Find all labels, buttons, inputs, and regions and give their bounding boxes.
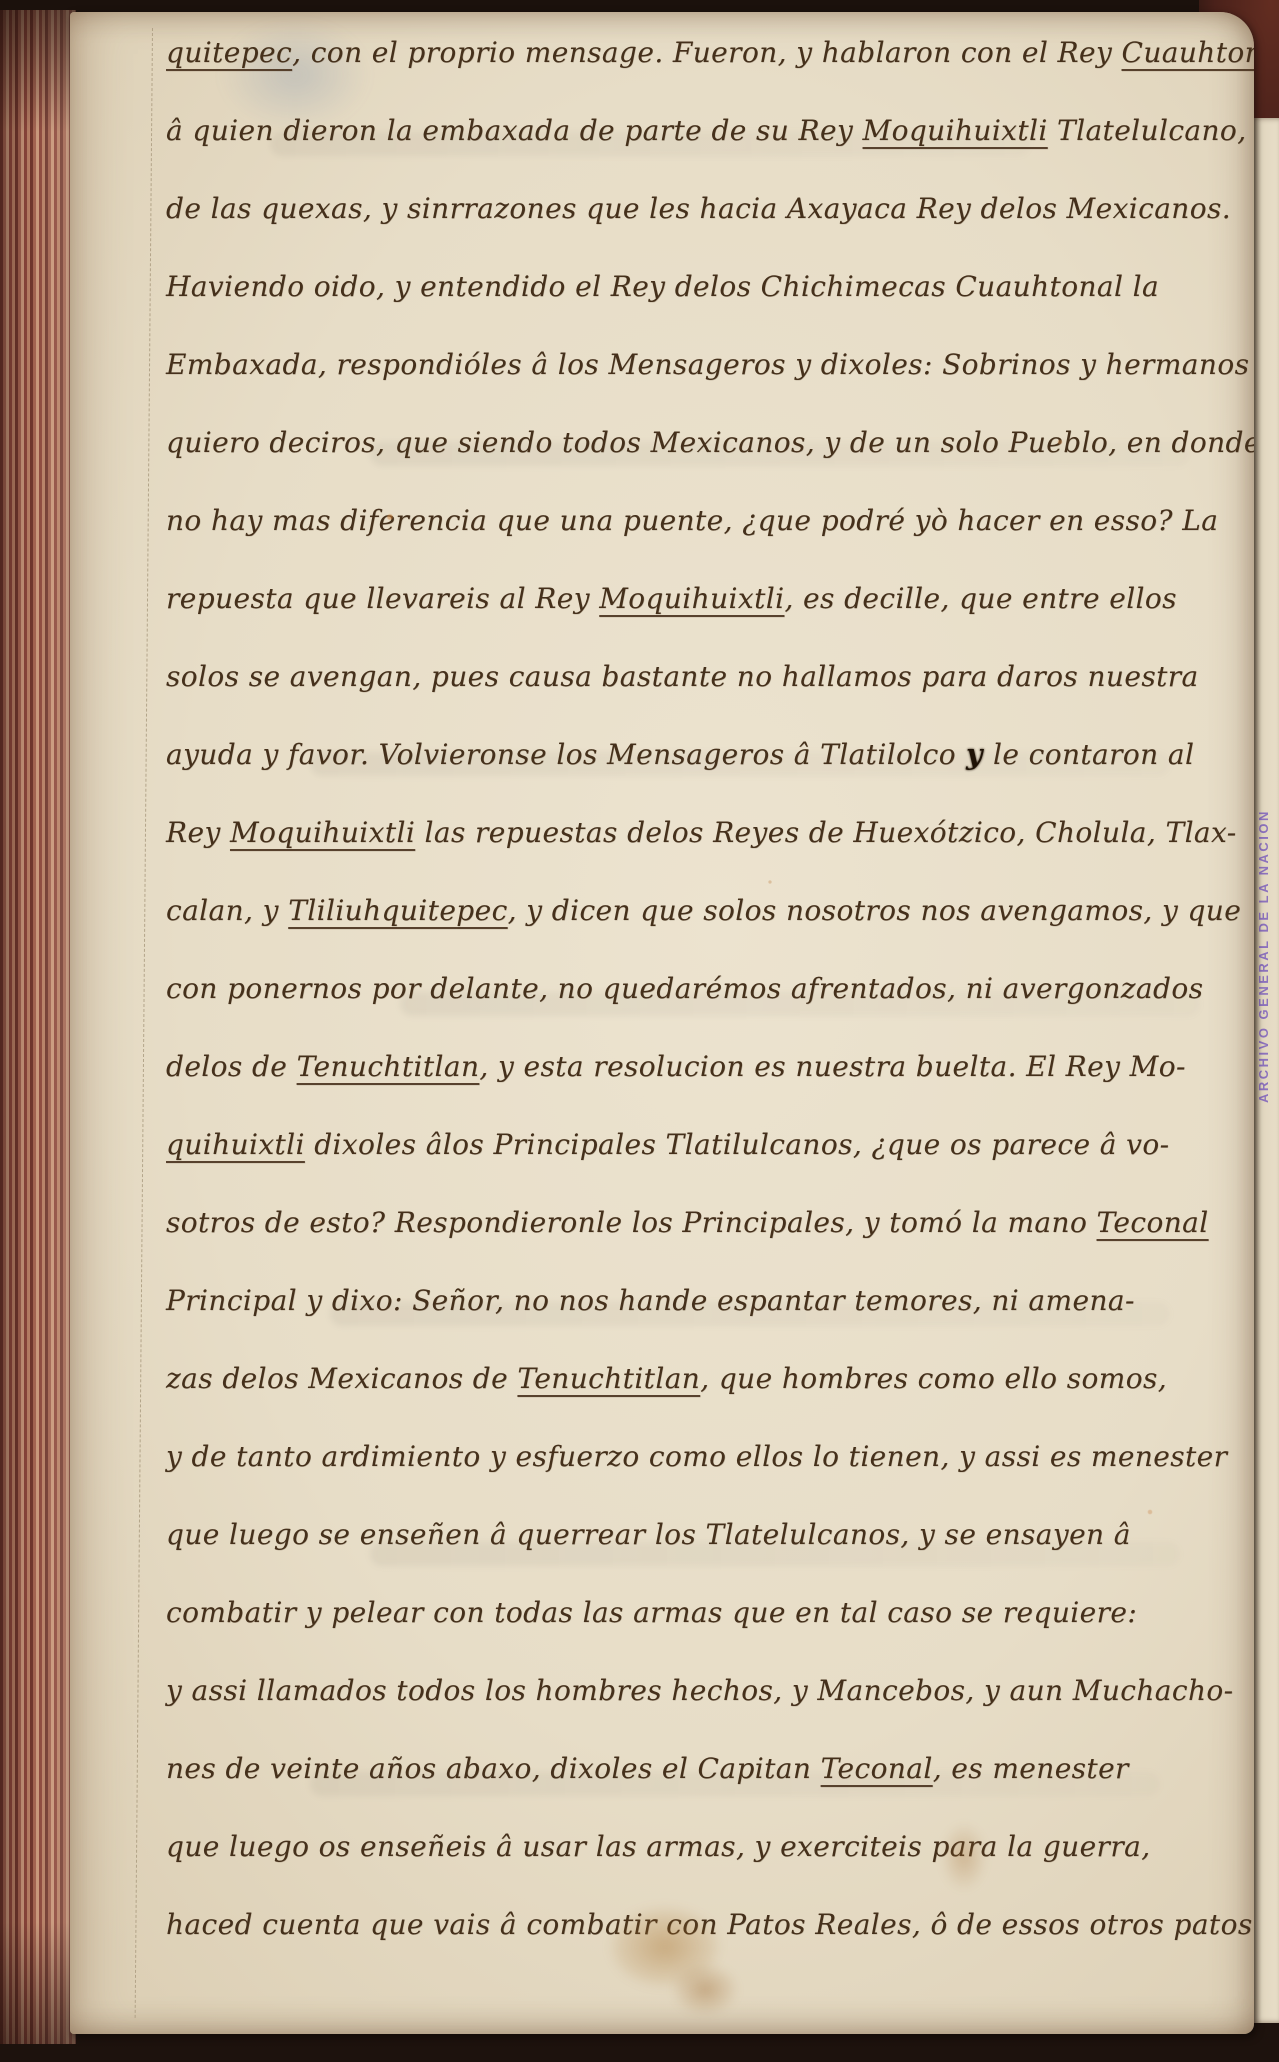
manuscript-line: Principal y dixo: Señor, no nos hande es… — [166, 1284, 1254, 1317]
manuscript-line: Haviendo oido, y entendido el Rey delos … — [166, 270, 1254, 303]
manuscript-text-segment: que luego se enseñen â querrear los Tlat… — [166, 1518, 1131, 1551]
manuscript-line: quitepec, con el proprio mensage. Fueron… — [166, 36, 1254, 69]
manuscript-text-segment: solos se avengan, pues causa bastante no… — [166, 660, 1199, 693]
manuscript-text-segment: nes de veinte años abaxo, dixoles el Cap… — [166, 1752, 821, 1785]
manuscript-text-segment: Cuauhtonaziauh — [1122, 36, 1255, 69]
manuscript-text-segment: â quien dieron la embaxada de parte de s… — [166, 114, 863, 147]
manuscript-text-segment: Haviendo oido, y entendido el Rey delos … — [166, 270, 1159, 303]
manuscript-text-segment: con ponernos por delante, no quedarémos … — [166, 972, 1203, 1005]
manuscript-line: solos se avengan, pues causa bastante no… — [166, 660, 1254, 693]
manuscript-line: con ponernos por delante, no quedarémos … — [166, 972, 1254, 1005]
manuscript-line: zas delos Mexicanos de Tenuchtitlan, que… — [166, 1362, 1254, 1395]
archive-stamp: ARCHIVO GENERAL DE LA NACION — [1256, 809, 1271, 1103]
manuscript-text-segment: Rey — [166, 816, 230, 849]
manuscript-line: repuesta que llevareis al Rey Moquihuixt… — [166, 582, 1254, 615]
manuscript-text-segment: y — [956, 738, 993, 771]
manuscript-line: nes de veinte años abaxo, dixoles el Cap… — [166, 1752, 1254, 1785]
manuscript-line: haced cuenta que vais â combatir con Pat… — [166, 1908, 1254, 1941]
underlying-page-edge: ARCHIVO GENERAL DE LA NACION — [1252, 118, 1279, 2023]
manuscript-photo: ARCHIVO GENERAL DE LA NACION quitepec, c… — [0, 0, 1279, 2062]
manuscript-text-segment: sotros de esto? Respondieronle los Princ… — [166, 1206, 1097, 1239]
manuscript-line: calan, y Tliliuhquitepec, y dicen que so… — [166, 894, 1254, 927]
manuscript-text-segment: quihuixtli — [166, 1128, 305, 1161]
manuscript-text-segment: Embaxada, respondióles â los Mensageros … — [166, 348, 1249, 381]
manuscript-text-segment: , y dicen que solos nosotros nos avengam… — [508, 894, 1242, 927]
manuscript-text-segment: Teconal — [1097, 1206, 1209, 1239]
manuscript-line: ayuda y favor. Volvieronse los Mensagero… — [166, 738, 1254, 771]
manuscript-line: quiero deciros, que siendo todos Mexican… — [166, 426, 1254, 459]
manuscript-text-segment: y assi llamados todos los hombres hechos… — [166, 1674, 1234, 1707]
manuscript-line: delos de Tenuchtitlan, y esta resolucion… — [166, 1050, 1254, 1083]
manuscript-text-segment: dixoles âlos Principales Tlatilulcanos, … — [305, 1128, 1170, 1161]
manuscript-line: quihuixtli dixoles âlos Principales Tlat… — [166, 1128, 1254, 1161]
manuscript-line: sotros de esto? Respondieronle los Princ… — [166, 1206, 1254, 1239]
manuscript-text-segment: combatir y pelear con todas las armas qu… — [166, 1596, 1137, 1629]
manuscript-text-segment: le contaron al — [993, 738, 1194, 771]
manuscript-line: combatir y pelear con todas las armas qu… — [166, 1596, 1254, 1629]
manuscript-text-segment: , que hombres como ello somos, — [700, 1362, 1167, 1395]
manuscript-line: Embaxada, respondióles â los Mensageros … — [166, 348, 1254, 381]
manuscript-text-segment: calan, y — [166, 894, 288, 927]
manuscript-text-segment: , con el proprio mensage. Fueron, y habl… — [292, 36, 1121, 69]
manuscript-text-segment: haced cuenta que vais â combatir con Pat… — [166, 1908, 1253, 1941]
manuscript-text-segment: repuesta que llevareis al Rey — [166, 582, 599, 615]
manuscript-text-segment: , y esta resolucion es nuestra buelta. E… — [479, 1050, 1185, 1083]
manuscript-text-segment: que luego os enseñeis â usar las armas, … — [166, 1830, 1151, 1863]
manuscript-text-segment: no hay mas diferencia que una puente, ¿q… — [166, 504, 1218, 537]
manuscript-text-segment: Tlatelulcano, — [1048, 114, 1247, 147]
manuscript-text-segment: Moquihuixtli — [230, 816, 415, 849]
manuscript-text-segment: , es decille, que entre ellos — [784, 582, 1177, 615]
manuscript-line: â quien dieron la embaxada de parte de s… — [166, 114, 1254, 147]
manuscript-line: no hay mas diferencia que una puente, ¿q… — [166, 504, 1254, 537]
manuscript-line: Rey Moquihuixtli las repuestas delos Rey… — [166, 816, 1254, 849]
manuscript-page: quitepec, con el proprio mensage. Fueron… — [70, 12, 1254, 2034]
manuscript-text-segment: Moquihuixtli — [599, 582, 784, 615]
manuscript-text-segment: las repuestas delos Reyes de Huexótzico,… — [415, 816, 1236, 849]
manuscript-text-segment: Tliliuhquitepec — [288, 894, 507, 927]
manuscript-text-segment: delos de — [166, 1050, 297, 1083]
manuscript-line: y de tanto ardimiento y esfuerzo como el… — [166, 1440, 1254, 1473]
manuscript-text-segment: quiero deciros, que siendo todos Mexican… — [166, 426, 1254, 459]
book-fore-edge — [0, 10, 76, 2044]
manuscript-text-segment: , es menester — [933, 1752, 1129, 1785]
manuscript-text-segment: Moquihuixtli — [863, 114, 1048, 147]
manuscript-line: de las quexas, y sinrrazones que les hac… — [166, 192, 1254, 225]
manuscript-line: y assi llamados todos los hombres hechos… — [166, 1674, 1254, 1707]
manuscript-line: que luego os enseñeis â usar las armas, … — [166, 1830, 1254, 1863]
manuscript-text-segment: zas delos Mexicanos de — [166, 1362, 517, 1395]
manuscript-line: que luego se enseñen â querrear los Tlat… — [166, 1518, 1254, 1551]
manuscript-text-segment: Tenuchtitlan — [517, 1362, 700, 1395]
manuscript-text-segment: y de tanto ardimiento y esfuerzo como el… — [166, 1440, 1227, 1473]
manuscript-text-segment: ayuda y favor. Volvieronse los Mensagero… — [166, 738, 956, 771]
text-layer: quitepec, con el proprio mensage. Fueron… — [70, 12, 1254, 2034]
manuscript-text-segment: Teconal — [821, 1752, 933, 1785]
manuscript-text-segment: de las quexas, y sinrrazones que les hac… — [166, 192, 1231, 225]
manuscript-text-segment: Tenuchtitlan — [297, 1050, 480, 1083]
manuscript-text-segment: Principal y dixo: Señor, no nos hande es… — [166, 1284, 1135, 1317]
manuscript-text-segment: quitepec — [166, 36, 292, 69]
